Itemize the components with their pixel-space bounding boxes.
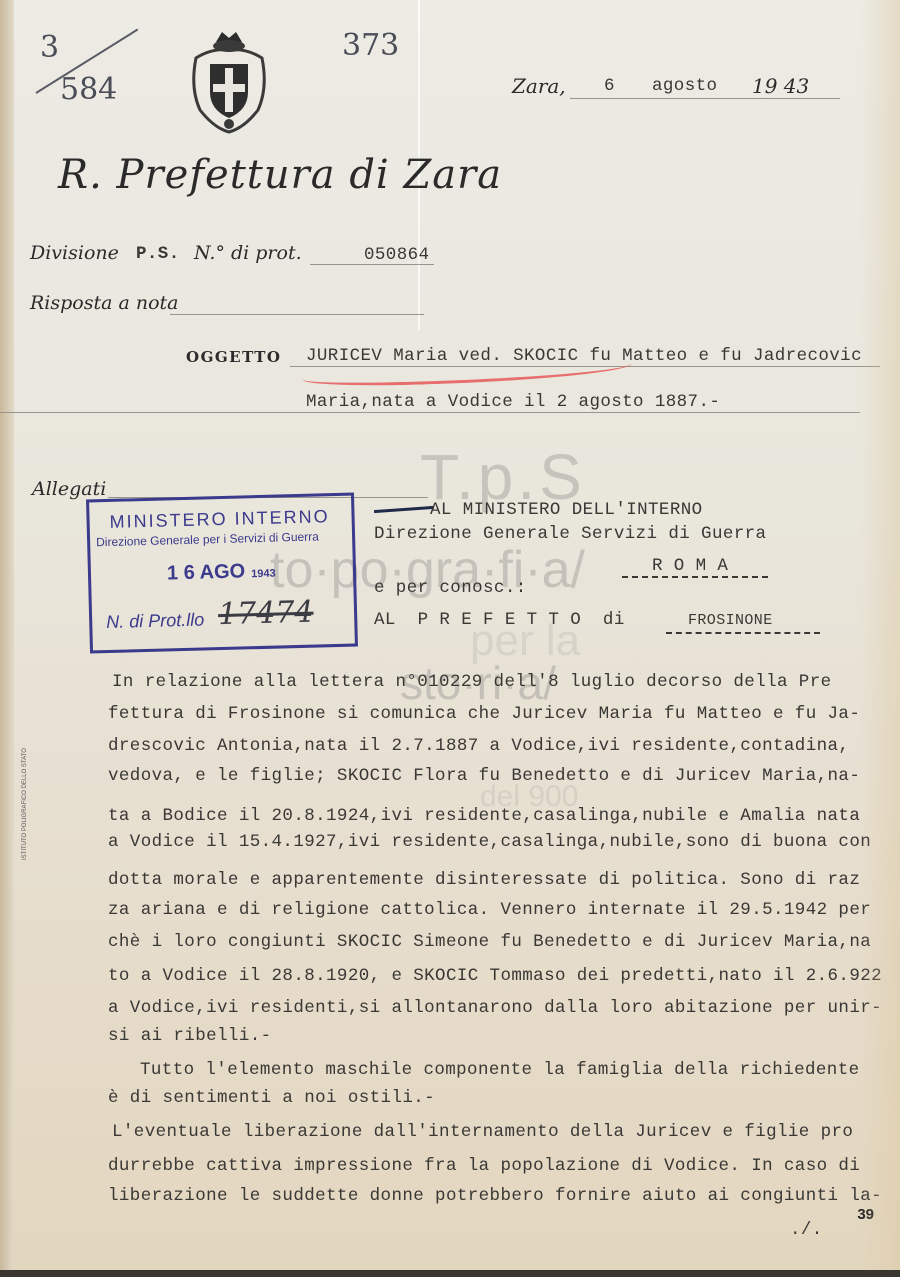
recipient-line-1: AL MINISTERO DELL'INTERNO — [430, 500, 703, 520]
arrow-mark — [374, 506, 434, 513]
date-city: Zara, — [512, 74, 566, 98]
body-line: chè i loro congiunti SKOCIC Simeone fu B… — [108, 932, 871, 952]
division-value: P.S. — [136, 244, 180, 264]
reply-rule — [170, 314, 424, 315]
continuation-mark: ./. — [790, 1220, 823, 1240]
stamp-ministry: MINISTERO INTERNO — [109, 506, 329, 533]
attachments-label: Allegati — [32, 478, 106, 500]
body-line: liberazione le suddette donne potrebbero… — [108, 1186, 882, 1206]
body-line: to a Vodice il 28.8.1920, e SKOCIC Tomma… — [108, 966, 882, 986]
date-rule — [570, 98, 840, 99]
prot-rule — [310, 264, 434, 265]
handwritten-ref-bottom: 584 — [60, 72, 117, 107]
recipient-line-2: Direzione Generale Servizi di Guerra — [374, 524, 766, 544]
subject-rule-2 — [0, 412, 860, 413]
body-line: L'eventuale liberazione dall'internament… — [112, 1122, 853, 1142]
subject-line-2: Maria,nata a Vodice il 2 agosto 1887.- — [306, 392, 720, 412]
city-1-rule — [622, 576, 768, 578]
city-2-rule — [666, 632, 820, 634]
body-line: In relazione alla lettera n°010229 dell'… — [112, 672, 832, 692]
date-month: agosto — [652, 76, 717, 96]
body-line: vedova, e le figlie; SKOCIC Flora fu Ben… — [108, 766, 860, 786]
ministry-received-stamp: MINISTERO INTERNO Direzione Generale per… — [86, 493, 358, 654]
page-number: 39 — [857, 1206, 874, 1223]
body-line: Tutto l'elemento maschile componente la … — [140, 1060, 860, 1080]
body-line: dotta morale e apparentemente disinteres… — [108, 870, 860, 890]
body-line: ta a Bodice il 20.8.1924,ivi residente,c… — [108, 806, 860, 826]
handwritten-number: 373 — [342, 28, 399, 63]
body-line: fettura di Frosinone si comunica che Jur… — [108, 704, 860, 724]
subject-label: OGGETTO — [186, 348, 281, 366]
body-line: a Vodice il 15.4.1927,ivi residente,casa… — [108, 832, 871, 852]
reply-label: Risposta a nota — [30, 292, 179, 314]
prot-value: 050864 — [364, 245, 429, 265]
body-line: za ariana e di religione cattolica. Venn… — [108, 900, 871, 920]
prot-label: N.° di prot. — [194, 242, 302, 264]
savoy-crest-icon — [186, 28, 272, 136]
margin-caption: ISTITUTO POLIGRAFICO DELLO STATO — [22, 748, 28, 860]
recipient-city-1: R O M A — [652, 556, 728, 576]
stamp-prot-value: 17474 — [218, 595, 314, 632]
division-label: Divisione — [30, 242, 119, 264]
stamp-direction: Direzione Generale per i Servizi di Guer… — [96, 529, 319, 549]
date-day: 6 — [604, 76, 615, 96]
body-line: drescovic Antonia,nata il 2.7.1887 a Vod… — [108, 736, 849, 756]
date-year: 19 43 — [752, 74, 809, 98]
stamp-date: 1 6 AGO1943 — [167, 560, 276, 586]
handwritten-ref-top: 3 — [40, 30, 59, 65]
body-line: a Vodice,ivi residenti,si allontanarono … — [108, 998, 882, 1018]
body-line: si ai ribelli.- — [108, 1026, 272, 1046]
body-line: durrebbe cattiva impressione fra la popo… — [108, 1156, 860, 1176]
recipient-city-2: FROSINONE — [688, 612, 773, 629]
stamp-date-day: 1 6 AGO — [167, 560, 246, 584]
stamp-date-year: 1943 — [251, 568, 276, 581]
recipient-line-3: AL P R E F E T T O di — [374, 610, 625, 630]
document-page: 3 584 373 R. Prefettura di Zara Zara, 6 … — [0, 0, 900, 1270]
stamp-prot-label: N. di Prot.llo — [106, 609, 205, 633]
body-line: è di sentimenti a noi ostili.- — [108, 1088, 435, 1108]
institution-title: R. Prefettura di Zara — [58, 152, 502, 198]
cc-label: e per conosc.: — [374, 578, 527, 598]
